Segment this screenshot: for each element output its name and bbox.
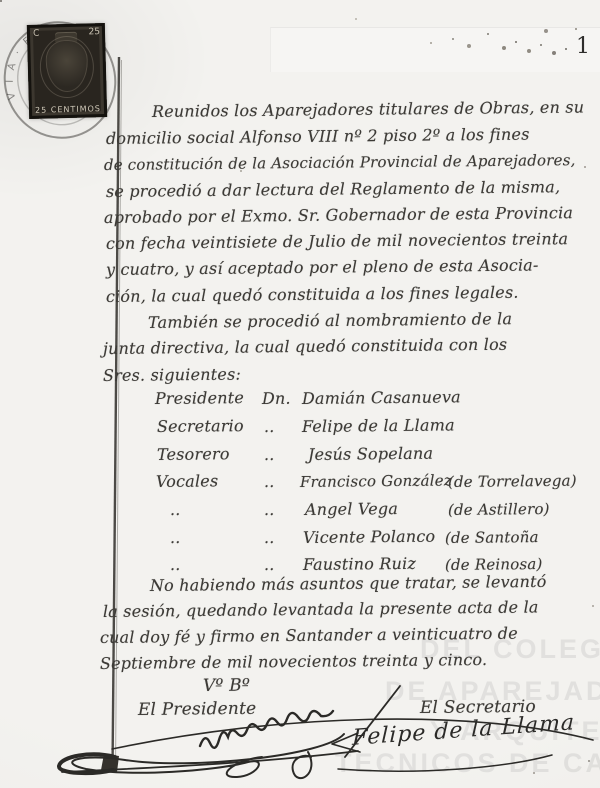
signatures-layer: [0, 0, 600, 788]
scanned-acta-page: DEL COLEGIO DE APAREJADORES Y ARQUITECTO…: [0, 0, 600, 788]
